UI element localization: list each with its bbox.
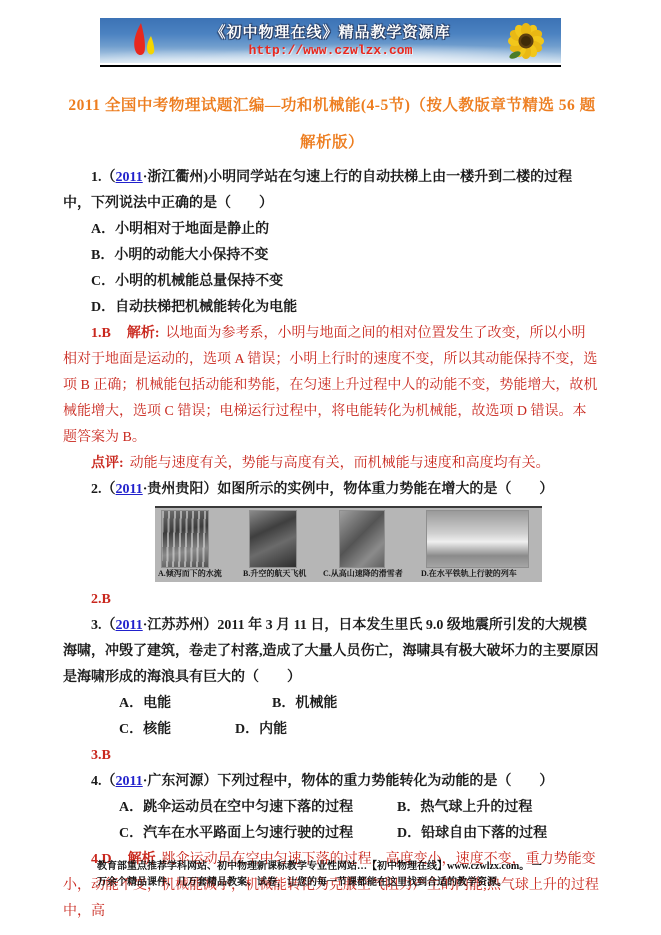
question-3-option-c: C．核能 [91,717,235,743]
question-3-answer: 3.B [63,743,599,769]
comment-label: 点评: [91,456,124,471]
question-4-options-row-1: A．跳伞运动员在空中匀速下落的过程B．热气球上升的过程 [63,795,599,821]
question-1-comment-text: 动能与速度有关，势能与高度有关，而机械能与速度和高度均有关。 [130,456,550,471]
figure-photo-waterfall [162,511,208,567]
figure-caption-c: C.从高山速降的滑雪者 [323,568,403,580]
sunflower-icon [505,22,545,60]
site-banner: 《初中物理在线》精品教学资源库 http://www.czwlzx.com [100,18,561,63]
question-4-options-row-2: C．汽车在水平路面上匀速行驶的过程D．铅球自由下落的过程 [63,821,599,847]
site-logo-icon [126,21,162,60]
figure-photo-skier [340,511,384,567]
figure-photo-space-shuttle [250,511,296,567]
document-title: 2011 全国中考物理试题汇编—功和机械能(4-5节)（按人教版章节精选 56 … [63,87,601,161]
question-4-number: 4.（ [91,774,116,789]
question-1-comment: 点评:动能与速度有关，势能与高度有关，而机械能与速度和高度均有关。 [63,451,599,477]
banner-site-url[interactable]: http://www.czwlzx.com [170,43,491,58]
question-3-options-row-1: A．电能B．机械能 [63,691,599,717]
banner-text-block: 《初中物理在线》精品教学资源库 http://www.czwlzx.com [170,21,491,58]
question-3-option-a: A．电能 [91,691,272,717]
header-divider [100,65,561,67]
question-2-text: ·贵州贵阳）如图所示的实例中，物体重力势能在增大的是（ ） [143,482,554,497]
question-1-option-a: A．小明相对于地面是静止的 [63,217,599,243]
question-1-answer: 1.B [91,326,111,341]
question-1-number: 1.（ [91,170,116,185]
question-4-option-c: C．汽车在水平路面上匀速行驶的过程 [91,821,397,847]
page-footer: 教育部重点推荐学科网站、初中物理新课标教学专业性网站…【初中物理在线】www.c… [97,859,551,890]
figure-caption-d: D.在水平铁轨上行驶的列车 [421,568,517,580]
question-1-option-d: D．自动扶梯把机械能转化为电能 [63,295,599,321]
question-4-option-b: B．热气球上升的过程 [397,800,532,815]
question-2-year-link[interactable]: 2011 [116,482,143,497]
question-2-stem: 2.（2011·贵州贵阳）如图所示的实例中，物体重力势能在增大的是（ ） [63,477,599,503]
figure-caption-b: B.升空的航天飞机 [243,568,306,580]
question-3-stem: 3.（2011·江苏苏州）2011 年 3 月 11 日，日本发生里氏 9.0 … [63,613,599,691]
question-4-text: ·广东河源）下列过程中，物体的重力势能转化为动能的是（ ） [143,774,554,789]
question-3-number: 3.（ [91,618,116,633]
question-1-option-b: B．小明的动能大小保持不变 [63,243,599,269]
question-4-option-d: D．铅球自由下落的过程 [397,826,547,841]
figure-caption-a: A.倾泻而下的水流 [158,568,222,580]
question-1-year-link[interactable]: 2011 [116,170,143,185]
question-3-year-link[interactable]: 2011 [116,618,143,633]
question-3-option-b: B．机械能 [272,696,337,711]
question-2-number: 2.（ [91,482,116,497]
figure-photo-train [427,511,528,567]
question-1-analysis: 1.B解析:以地面为参考系，小明与地面之间的相对位置发生了改变，所以小明相对于地… [63,321,599,451]
question-4-option-a: A．跳伞运动员在空中匀速下落的过程 [91,795,397,821]
question-4-stem: 4.（2011·广东河源）下列过程中，物体的重力势能转化为动能的是（ ） [63,769,599,795]
question-4-year-link[interactable]: 2011 [116,774,143,789]
question-2-answer: 2.B [63,587,599,613]
analysis-label: 解析: [127,326,160,341]
question-3-options-row-2: C．核能D．内能 [63,717,599,743]
banner-site-name: 《初中物理在线》精品教学资源库 [170,21,491,42]
question-1-option-c: C．小明的机械能总量保持不变 [63,269,599,295]
document-body: 1.（2011·浙江衢州)小明同学站在匀速上行的自动扶梯上由一楼升到二楼的过程中… [63,165,599,925]
question-3-option-d: D．内能 [235,722,287,737]
question-1-analysis-text: 以地面为参考系，小明与地面之间的相对位置发生了改变，所以小明相对于地面是运动的，… [63,326,597,445]
question-2-figure: A.倾泻而下的水流 B.升空的航天飞机 C.从高山速降的滑雪者 D.在水平铁轨上… [155,506,542,582]
question-3-text: ·江苏苏州）2011 年 3 月 11 日，日本发生里氏 9.0 级地震所引发的… [63,618,599,685]
question-1-stem: 1.（2011·浙江衢州)小明同学站在匀速上行的自动扶梯上由一楼升到二楼的过程中… [63,165,599,217]
